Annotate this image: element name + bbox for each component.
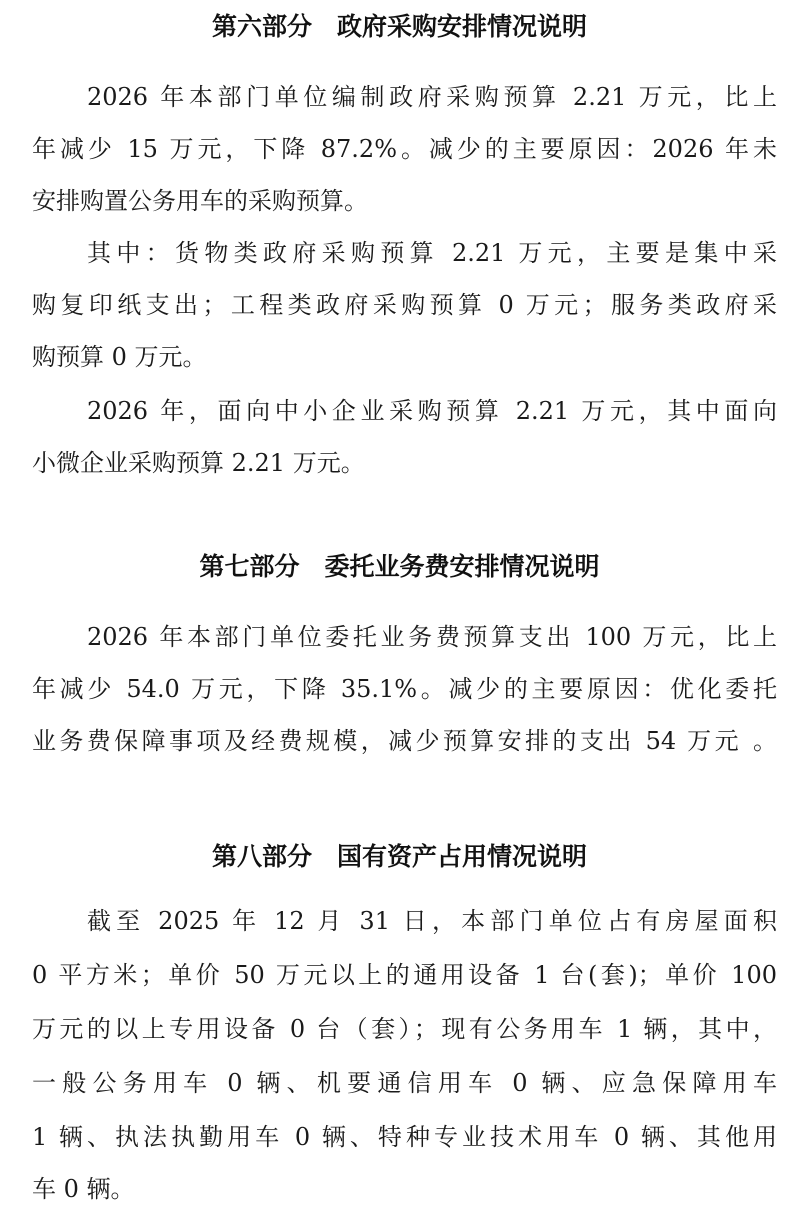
paragraph-line: 一般公务用车 0 辆、机要通信用车 0 辆、应急保障用车 [32, 1068, 777, 1098]
paragraph-line: 0 平方米；单价 50 万元以上的通用设备 1 台(套)；单价 100 [32, 960, 777, 990]
paragraph-line: 其中：货物类政府采购预算 2.21 万元，主要是集中采 [87, 238, 777, 268]
paragraph-line: 年减少 54.0 万元，下降 35.1%。减少的主要原因：优化委托 [32, 674, 777, 704]
section-heading-6: 第六部分 政府采购安排情况说明 [0, 12, 799, 42]
paragraph-line: 年减少 15 万元，下降 87.2%。减少的主要原因：2026 年未 [32, 134, 777, 164]
paragraph-line: 截至 2025 年 12 月 31 日，本部门单位占有房屋面积 [87, 906, 777, 936]
paragraph-line: 购复印纸支出；工程类政府采购预算 0 万元；服务类政府采 [32, 290, 777, 320]
section-heading-8: 第八部分 国有资产占用情况说明 [0, 842, 799, 872]
paragraph-line: 万元的以上专用设备 0 台（套）；现有公务用车 1 辆，其中， [32, 1014, 777, 1044]
paragraph-line: 安排购置公务用车的采购预算。 [32, 186, 777, 216]
paragraph-line: 业务费保障事项及经费规模，减少预算安排的支出 54 万元 。 [32, 726, 777, 756]
paragraph-line: 车 0 辆。 [32, 1174, 777, 1204]
paragraph-line: 2026 年本部门单位委托业务费预算支出 100 万元，比上 [87, 622, 777, 652]
section-heading-7: 第七部分 委托业务费安排情况说明 [0, 552, 799, 582]
paragraph-line: 小微企业采购预算 2.21 万元。 [32, 448, 777, 478]
paragraph-line: 购预算 0 万元。 [32, 342, 777, 372]
paragraph-line: 2026 年本部门单位编制政府采购预算 2.21 万元，比上 [87, 82, 777, 112]
paragraph-line: 1 辆、执法执勤用车 0 辆、特种专业技术用车 0 辆、其他用 [32, 1122, 777, 1152]
paragraph-line: 2026 年，面向中小企业采购预算 2.21 万元，其中面向 [87, 396, 777, 426]
